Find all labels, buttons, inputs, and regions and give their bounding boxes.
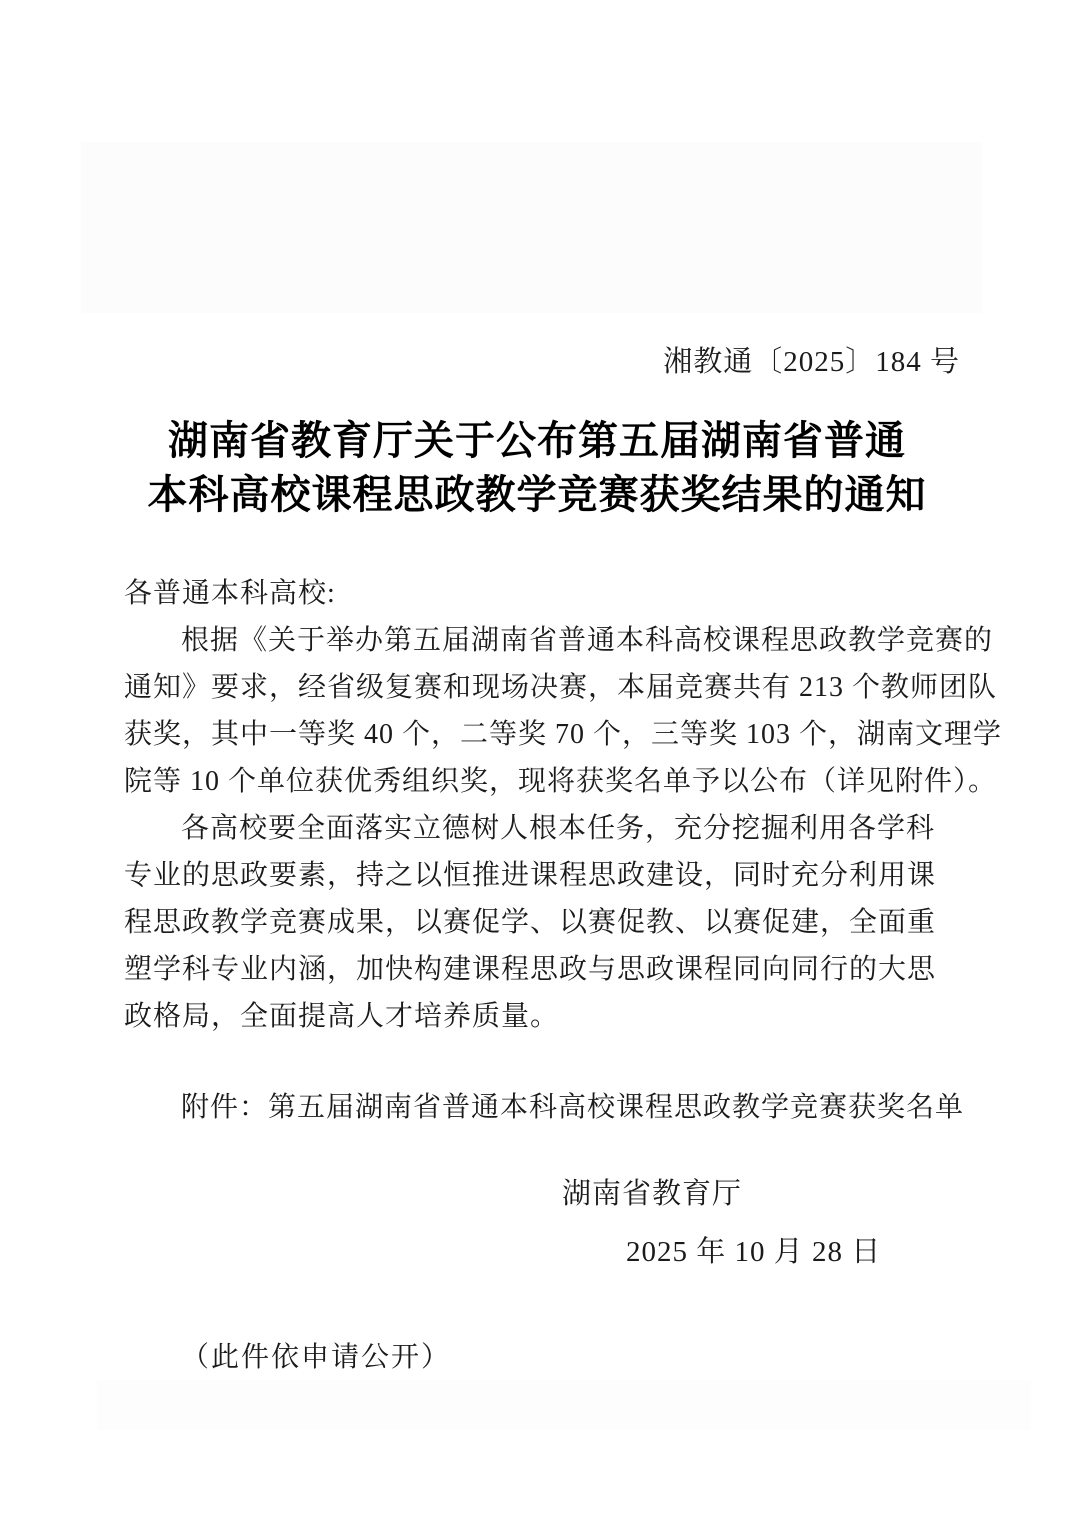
paragraph2-line: 政格局，全面提高人才培养质量。 bbox=[124, 993, 964, 1040]
disclosure-note: （此件依申请公开） bbox=[181, 1338, 451, 1378]
issue-date: 2025 年 10 月 28 日 bbox=[626, 1234, 881, 1270]
notice-title: 湖南省教育厅关于公布第五届湖南省普通 本科高校课程思政教学竞赛获奖结果的通知 bbox=[0, 414, 1074, 522]
notice-title-line-1: 湖南省教育厅关于公布第五届湖南省普通 bbox=[0, 414, 1074, 468]
paragraph1-line: 获奖，其中一等奖 40 个，二等奖 70 个，三等奖 103 个，湖南文理学 bbox=[124, 711, 964, 758]
paragraph2-line: 塑学科专业内涵，加快构建课程思政与思政课程同向同行的大思 bbox=[124, 946, 964, 993]
attachment-line: 附件：第五届湖南省普通本科高校课程思政教学竞赛获奖名单 bbox=[124, 1084, 964, 1131]
paragraph2-line: 程思政教学竞赛成果，以赛促学、以赛促教、以赛促建，全面重 bbox=[124, 899, 964, 946]
salutation: 各普通本科高校: bbox=[124, 570, 964, 617]
scan-artifact-bottom bbox=[97, 1380, 1031, 1430]
paragraph1-line: 院等 10 个单位获优秀组织奖，现将获奖名单予以公布（详见附件）。 bbox=[124, 758, 964, 805]
paragraph2-line: 专业的思政要素，持之以恒推进课程思政建设，同时充分利用课 bbox=[124, 852, 964, 899]
official-notice-page: 湘教通〔2025〕184 号 湖南省教育厅关于公布第五届湖南省普通 本科高校课程… bbox=[0, 0, 1074, 1520]
notice-body: 各普通本科高校: 根据《关于举办第五届湖南省普通本科高校课程思政教学竞赛的 通知… bbox=[124, 570, 964, 1040]
scan-artifact-top bbox=[81, 142, 982, 313]
issuer-signature: 湖南省教育厅 bbox=[562, 1176, 742, 1212]
document-number: 湘教通〔2025〕184 号 bbox=[0, 340, 960, 384]
paragraph2-line: 各高校要全面落实立德树人根本任务，充分挖掘利用各学科 bbox=[124, 805, 964, 852]
notice-title-line-2: 本科高校课程思政教学竞赛获奖结果的通知 bbox=[0, 468, 1074, 522]
paragraph1-line: 根据《关于举办第五届湖南省普通本科高校课程思政教学竞赛的 bbox=[124, 617, 964, 664]
paragraph1-line: 通知》要求，经省级复赛和现场决赛，本届竞赛共有 213 个教师团队 bbox=[124, 664, 964, 711]
